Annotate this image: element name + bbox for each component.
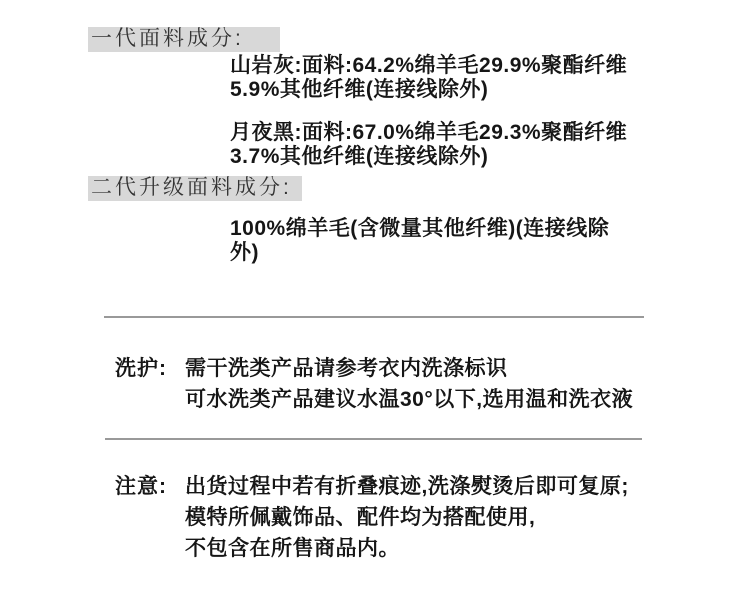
divider-top <box>104 316 644 318</box>
notice-label: 注意: <box>115 476 167 498</box>
notice-line1: 出货过程中若有折叠痕迹,洗涤熨烫后即可复原; <box>185 476 629 498</box>
divider-bottom <box>105 438 642 440</box>
gen1-colorway-rockgrey-line2: 5.9%其他纤维(连接线除外) <box>230 79 488 101</box>
care-label: 洗护: <box>115 358 167 380</box>
gen1-fabric-heading: 一代面料成分: <box>88 27 280 52</box>
care-line1: 需干洗类产品请参考衣内洗涤标识 <box>185 358 508 380</box>
gen2-fabric-heading: 二代升级面料成分: <box>88 176 302 201</box>
gen1-colorway-moonblack-line2: 3.7%其他纤维(连接线除外) <box>230 146 488 168</box>
product-detail-image: 一代面料成分: 山岩灰:面料:64.2%绵羊毛29.9%聚酯纤维 5.9%其他纤… <box>0 0 750 607</box>
gen2-fabric-line1: 100%绵羊毛(含微量其他纤维)(连接线除 <box>230 218 609 240</box>
care-line2: 可水洗类产品建议水温30°以下,选用温和洗衣液 <box>185 389 633 411</box>
notice-line2: 模特所佩戴饰品、配件均为搭配使用, <box>185 507 535 529</box>
gen1-colorway-moonblack-line1: 月夜黑:面料:67.0%绵羊毛29.3%聚酯纤维 <box>230 122 627 144</box>
gen2-fabric-line2: 外) <box>230 242 259 264</box>
notice-line3: 不包含在所售商品内。 <box>185 538 400 560</box>
gen1-colorway-rockgrey-line1: 山岩灰:面料:64.2%绵羊毛29.9%聚酯纤维 <box>230 55 627 77</box>
